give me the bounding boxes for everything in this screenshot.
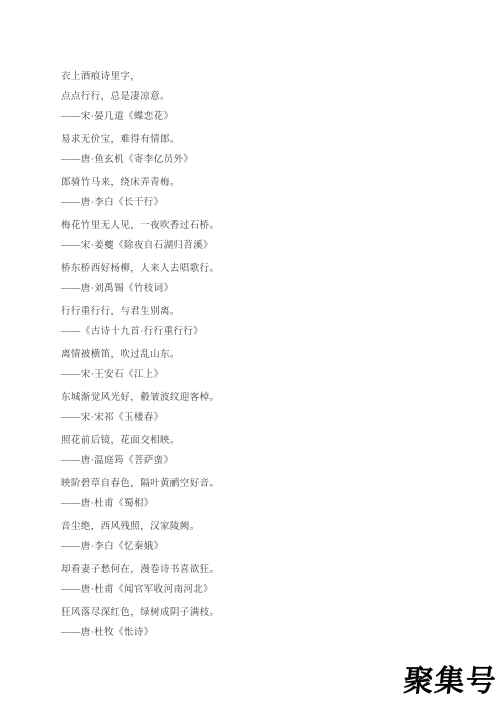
quote-line: 点点行行，总是凄凉意。: [61, 87, 441, 107]
quote-block: 衣上酒痕诗里字，点点行行，总是凄凉意。——宋·晏几道《蝶恋花》: [61, 67, 441, 127]
quote-attribution: ——唐·鱼玄机《寄李亿员外》: [61, 150, 441, 170]
quote-attribution: ——宋·王安石《江上》: [61, 365, 441, 385]
quote-attribution: ——唐·杜甫《闻官军收河南河北》: [61, 580, 441, 600]
quote-line: 桥东桥西好杨柳，人来人去唱歌行。: [61, 259, 441, 279]
quote-attribution: ——唐·温庭筠《菩萨蛮》: [61, 451, 441, 471]
quote-block: 却看妻子愁何在，漫卷诗书喜欲狂。——唐·杜甫《闻官军收河南河北》: [61, 560, 441, 600]
quote-block: 东城渐觉风光好，縠皱波纹迎客棹。——宋·宋祁《玉楼春》: [61, 388, 441, 428]
quote-attribution: ——唐·杜牧《怅诗》: [61, 623, 441, 643]
quote-line: 郎骑竹马来，绕床弄青梅。: [61, 173, 441, 193]
watermark-logo: 聚集号: [402, 656, 500, 700]
quote-block: 桥东桥西好杨柳，人来人去唱歌行。——唐·刘禹锡《竹枝词》: [61, 259, 441, 299]
quote-attribution: ——宋·姜夔《除夜自石湖归苕溪》: [61, 236, 441, 256]
quote-line: 衣上酒痕诗里字，: [61, 67, 441, 87]
quote-block: 郎骑竹马来，绕床弄青梅。——唐·李白《长干行》: [61, 173, 441, 213]
quote-block: 离情被横笛，吹过乱山东。——宋·王安石《江上》: [61, 345, 441, 385]
quote-block: 梅花竹里无人见，一夜吹香过石桥。——宋·姜夔《除夜自石湖归苕溪》: [61, 216, 441, 256]
quote-attribution: ——《古诗十九首·行行重行行》: [61, 322, 441, 342]
quote-line: 狂风落尽深红色，绿树成阴子满枝。: [61, 603, 441, 623]
quote-block: 照花前后镜，花面交相映。——唐·温庭筠《菩萨蛮》: [61, 431, 441, 471]
quote-line: 照花前后镜，花面交相映。: [61, 431, 441, 451]
quote-block: 映阶碧草自春色，隔叶黄鹂空好音。——唐·杜甫《蜀相》: [61, 474, 441, 514]
quote-block: 狂风落尽深红色，绿树成阴子满枝。——唐·杜牧《怅诗》: [61, 603, 441, 643]
quote-attribution: ——唐·李白《长干行》: [61, 193, 441, 213]
quote-attribution: ——宋·晏几道《蝶恋花》: [61, 107, 441, 127]
quote-line: 音尘绝，西风残照，汉家陵阙。: [61, 517, 441, 537]
quote-line: 映阶碧草自春色，隔叶黄鹂空好音。: [61, 474, 441, 494]
quote-attribution: ——唐·李白《忆秦娥》: [61, 537, 441, 557]
quote-list: 衣上酒痕诗里字，点点行行，总是凄凉意。——宋·晏几道《蝶恋花》 易求无价宝，难得…: [61, 67, 441, 646]
quote-attribution: ——宋·宋祁《玉楼春》: [61, 408, 441, 428]
quote-line: 东城渐觉风光好，縠皱波纹迎客棹。: [61, 388, 441, 408]
quote-block: 音尘绝，西风残照，汉家陵阙。——唐·李白《忆秦娥》: [61, 517, 441, 557]
quote-attribution: ——唐·杜甫《蜀相》: [61, 494, 441, 514]
quote-block: 易求无价宝，难得有情郎。——唐·鱼玄机《寄李亿员外》: [61, 130, 441, 170]
document-page: 衣上酒痕诗里字，点点行行，总是凄凉意。——宋·晏几道《蝶恋花》 易求无价宝，难得…: [0, 0, 500, 707]
quote-line: 易求无价宝，难得有情郎。: [61, 130, 441, 150]
quote-block: 行行重行行，与君生别离。——《古诗十九首·行行重行行》: [61, 302, 441, 342]
quote-line: 却看妻子愁何在，漫卷诗书喜欲狂。: [61, 560, 441, 580]
quote-attribution: ——唐·刘禹锡《竹枝词》: [61, 279, 441, 299]
quote-line: 离情被横笛，吹过乱山东。: [61, 345, 441, 365]
quote-line: 梅花竹里无人见，一夜吹香过石桥。: [61, 216, 441, 236]
quote-line: 行行重行行，与君生别离。: [61, 302, 441, 322]
